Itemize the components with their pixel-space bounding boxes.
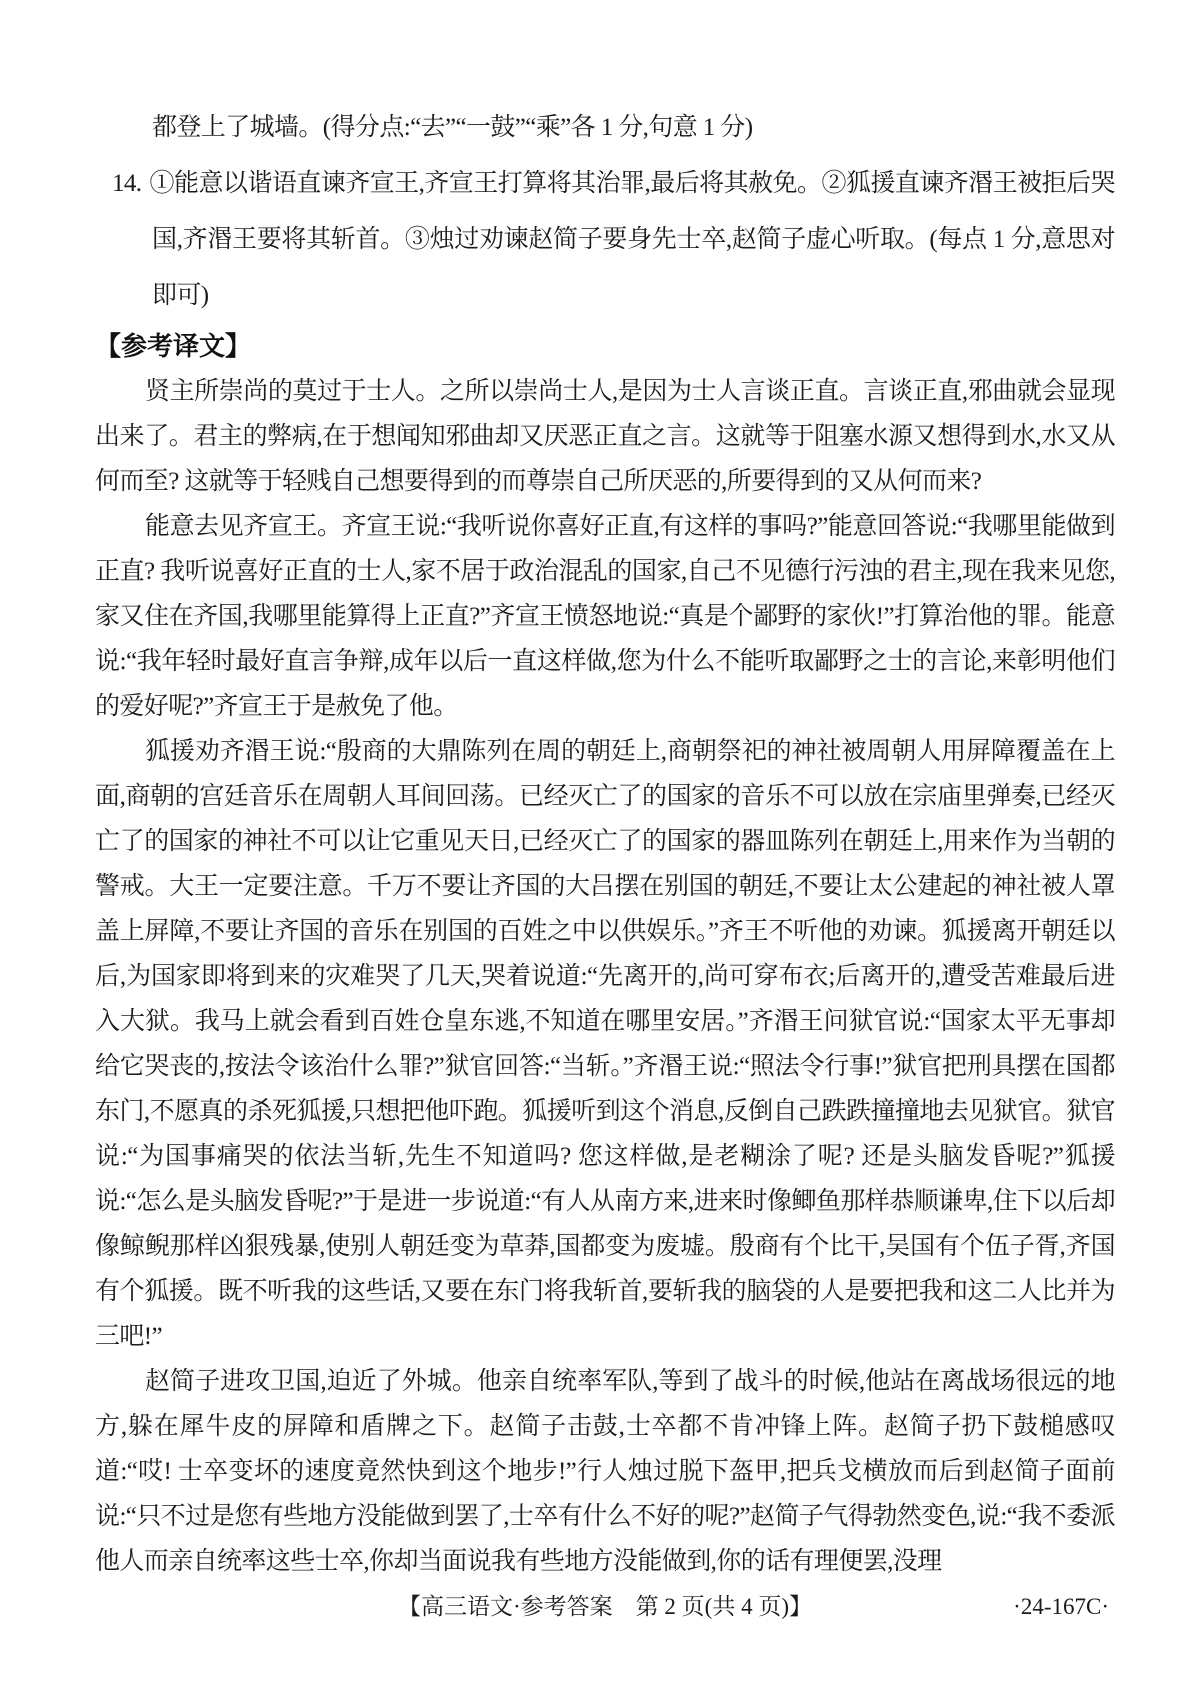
answer-section: 都登上了城墙。(得分点:“去”“一鼓”“乘”各 1 分,句意 1 分) 14.①… (95, 100, 1115, 324)
translation-paragraph-3: 狐援劝齐湣王说:“殷商的大鼎陈列在周的朝廷上,商朝祭祀的神社被周朝人用屏障覆盖在… (95, 729, 1115, 1359)
reference-translation-heading: 【参考译文】 (95, 324, 1115, 369)
footer-paper-code: ·24-167C· (1013, 1590, 1109, 1624)
translation-paragraph-2: 能意去见齐宣王。齐宣王说:“我听说你喜好正直,有这样的事吗?”能意回答说:“我哪… (95, 504, 1115, 729)
page-footer: 【高三语文·参考答案 第 2 页(共 4 页)】 ·24-167C· (95, 1590, 1115, 1624)
translation-paragraph-1: 贤主所崇尚的莫过于士人。之所以崇尚士人,是因为士人言谈正直。言谈正直,邪曲就会显… (95, 369, 1115, 504)
answer-13-continuation: 都登上了城墙。(得分点:“去”“一鼓”“乘”各 1 分,句意 1 分) (95, 100, 1115, 156)
footer-page-info: 【高三语文·参考答案 第 2 页(共 4 页)】 (398, 1594, 812, 1619)
answer-14-number: 14. (112, 156, 141, 212)
answer-14: 14.①能意以谐语直谏齐宣王,齐宣王打算将其治罪,最后将其赦免。②狐援直谏齐湣王… (95, 156, 1115, 324)
translation-paragraph-4: 赵简子进攻卫国,迫近了外城。他亲自统率军队,等到了战斗的时候,他站在离战场很远的… (95, 1359, 1115, 1584)
answer-14-text: ①能意以谐语直谏齐宣王,齐宣王打算将其治罪,最后将其赦免。②狐援直谏齐湣王被拒后… (149, 170, 1115, 309)
translation-section: 贤主所崇尚的莫过于士人。之所以崇尚士人,是因为士人言谈正直。言谈正直,邪曲就会显… (95, 369, 1115, 1584)
document-page: 都登上了城墙。(得分点:“去”“一鼓”“乘”各 1 分,句意 1 分) 14.①… (0, 0, 1200, 1687)
